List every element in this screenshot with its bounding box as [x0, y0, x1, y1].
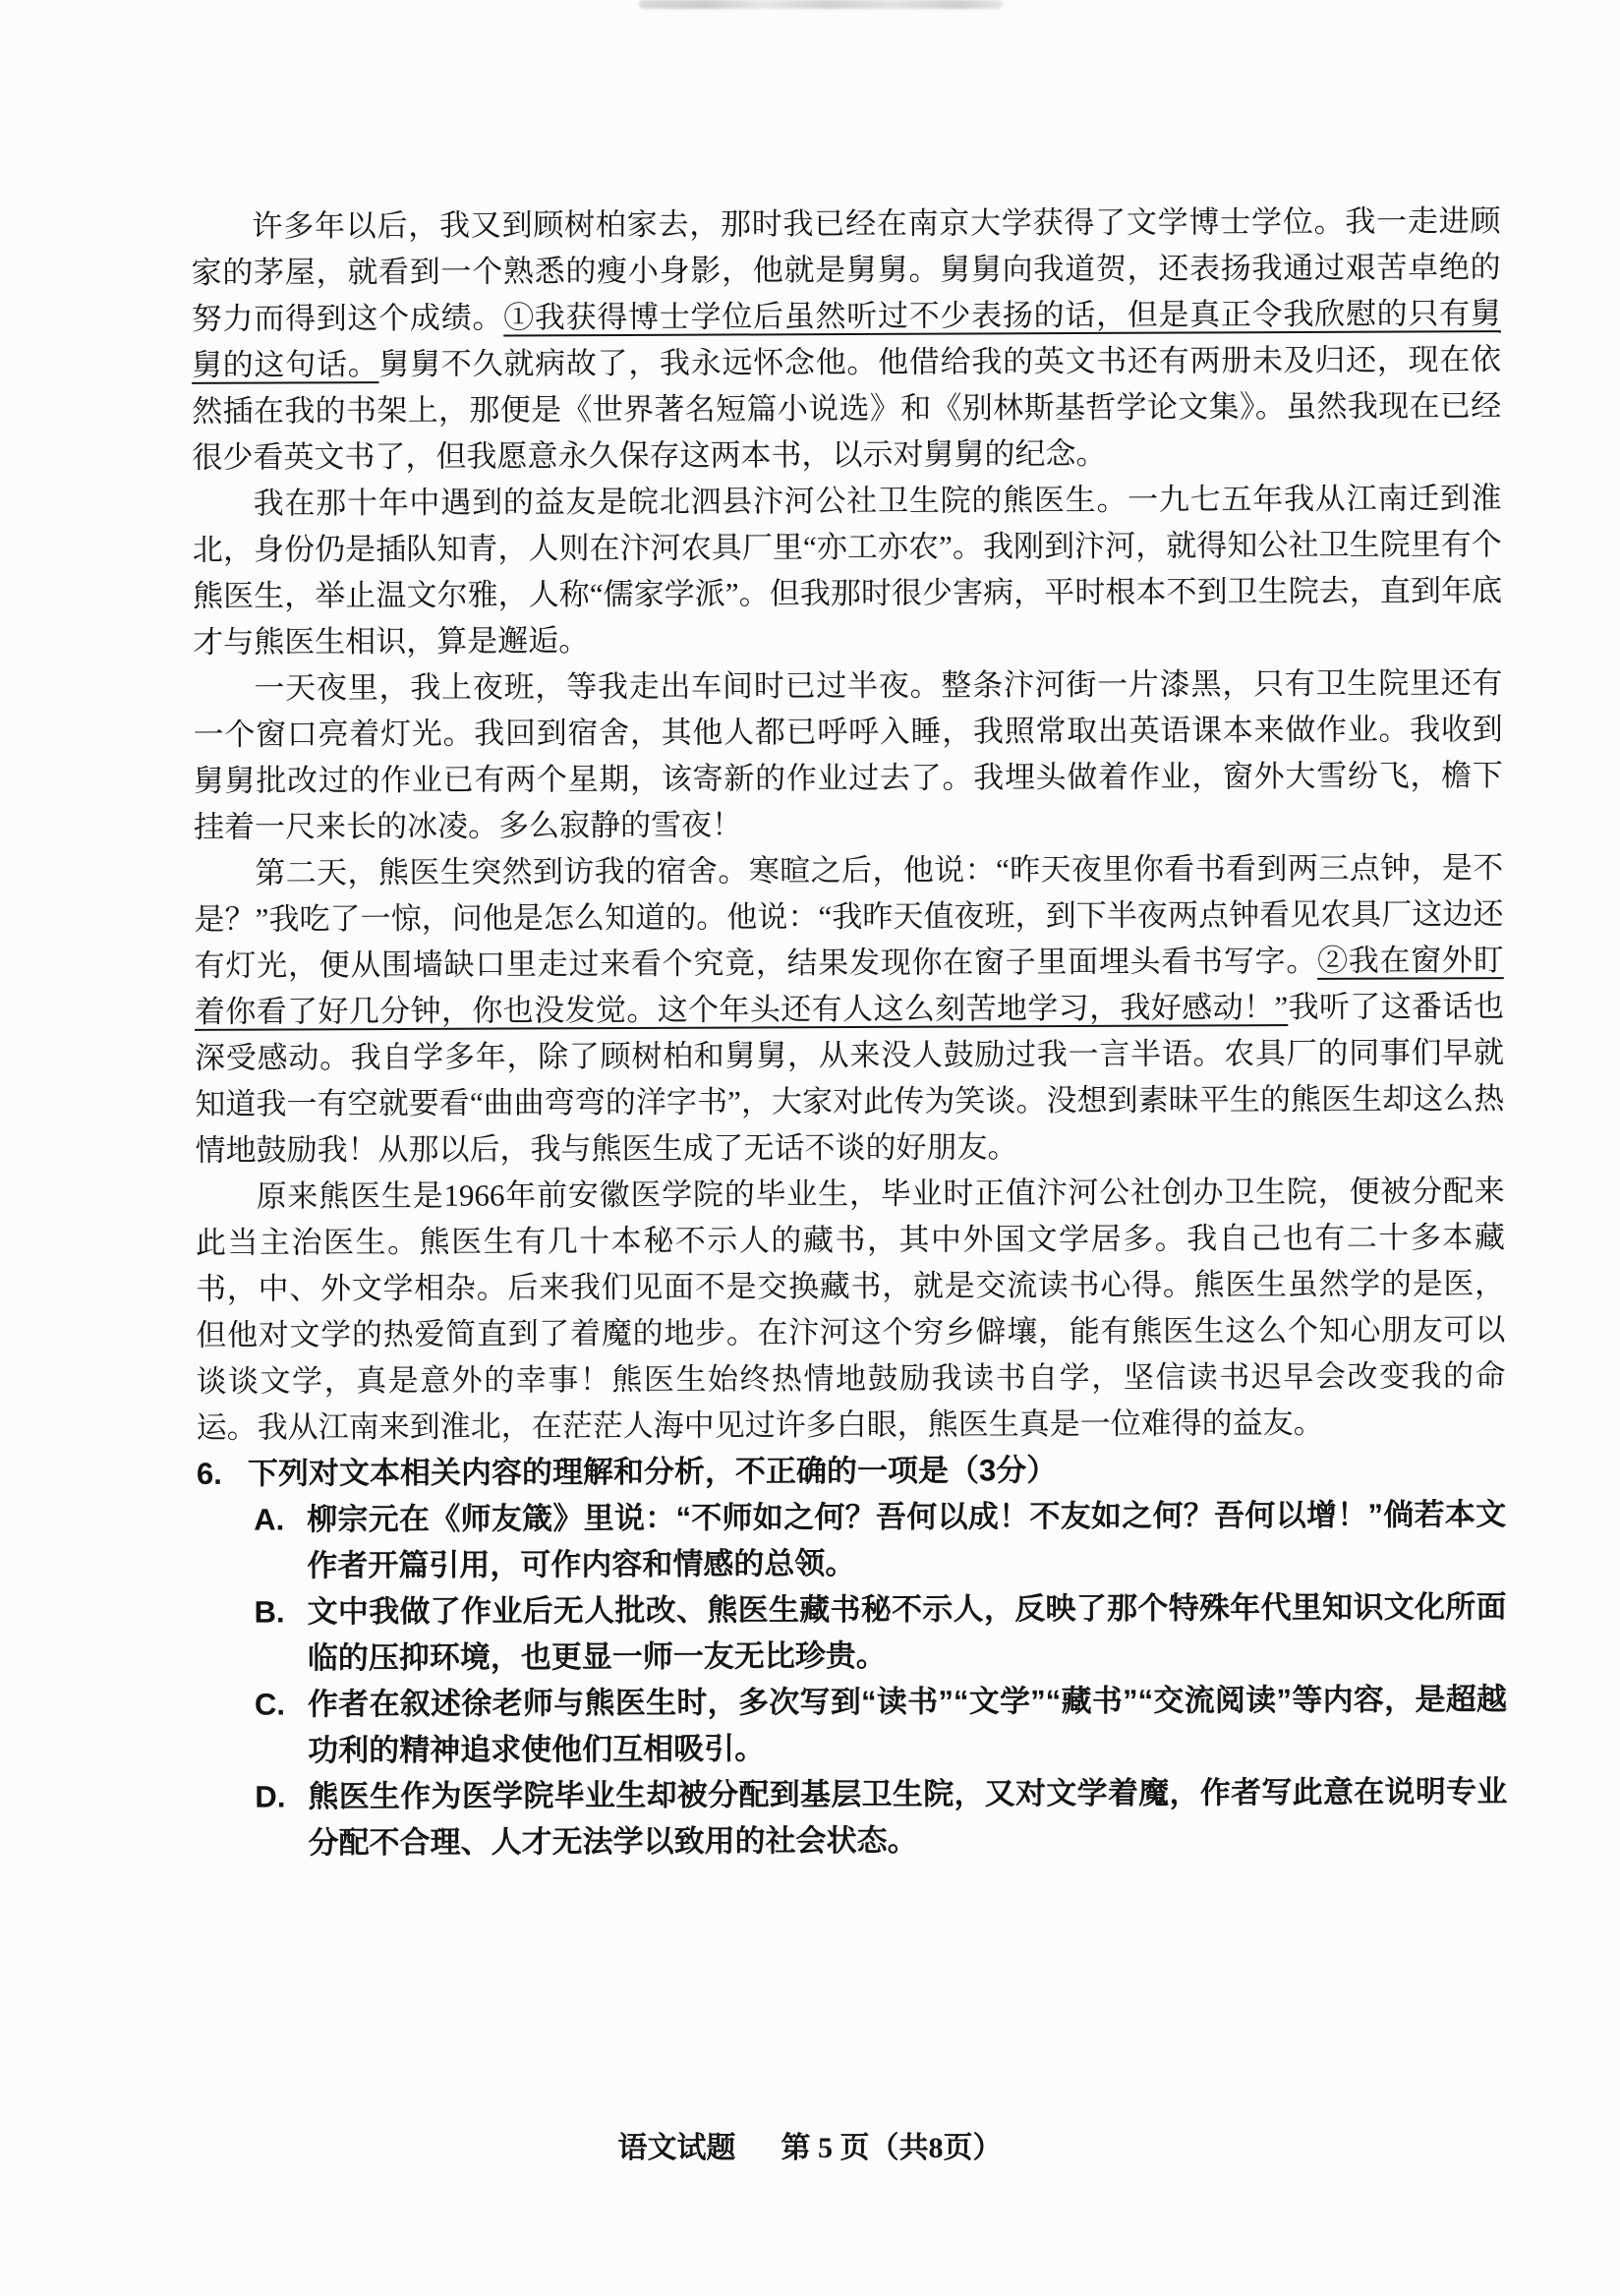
option-letter: A.	[254, 1496, 307, 1542]
option-text: 文中我做了作业后无人批改、熊医生藏书秘不示人，反映了那个特殊年代里知识文化所面临…	[307, 1583, 1506, 1681]
exam-page: 许多年以后，我又到顾树柏家去，那时我已经在南京大学获得了文学博士学位。我一走进顾…	[0, 0, 1620, 2296]
question-stem-row: 6. 下列对文本相关内容的理解和分析，不正确的一项是（3分）	[197, 1445, 1506, 1497]
option-letter: B.	[254, 1588, 307, 1635]
question-stem: 下列对文本相关内容的理解和分析，不正确的一项是（3分）	[248, 1445, 1506, 1497]
question-6: 6. 下列对文本相关内容的理解和分析，不正确的一项是（3分） A.柳宗元在《师友…	[197, 1445, 1508, 1866]
passage-text: 舅舅不久就病故了，我永远怀念他。他借给我的英文书还有两册未及归还，现在依然插在我…	[192, 342, 1501, 475]
passage-text: 原来熊医生是1966年前安徽医学院的毕业生，毕业时正值汴河公社创办卫生院，便被分…	[196, 1174, 1506, 1445]
option-b: B.文中我做了作业后无人批改、熊医生藏书秘不示人，反映了那个特殊年代里知识文化所…	[197, 1583, 1506, 1682]
question-options: A.柳宗元在《师友箴》里说：“不师如之何？吾何以成！不友如之何？吾何以增！”倘若…	[197, 1491, 1508, 1866]
option-text: 熊医生作为医学院毕业生却被分配到基层卫生院，又对文学着魔，作者写此意在说明专业分…	[308, 1768, 1507, 1865]
passage-paragraph: 原来熊医生是1966年前安徽医学院的毕业生，毕业时正值汴河公社创办卫生院，便被分…	[196, 1168, 1506, 1451]
passage-paragraph: 第二天，熊医生突然到访我的宿舍。寒暄之后，他说：“昨天夜里你看书看到两三点钟，是…	[194, 844, 1504, 1174]
footer-page-info: 第 5 页（共8页）	[781, 2123, 1003, 2166]
footer-doc-title: 语文试题	[618, 2123, 736, 2166]
page-content: 许多年以后，我又到顾树柏家去，那时我已经在南京大学获得了文学博士学位。我一走进顾…	[191, 198, 1507, 1866]
passage-paragraph: 我在那十年中遇到的益友是皖北泗县汴河公社卫生院的熊医生。一九七五年我从江南迁到淮…	[193, 475, 1503, 665]
page-footer: 语文试题第 5 页（共8页）	[0, 2123, 1620, 2166]
option-text: 柳宗元在《师友箴》里说：“不师如之何？吾何以成！不友如之何？吾何以增！”倘若本文…	[307, 1491, 1506, 1588]
option-c: C.作者在叙述徐老师与熊医生时，多次写到“读书”“文学”“藏书”“交流阅读”等内…	[198, 1676, 1507, 1774]
scan-smudge-artifact	[639, 0, 1003, 9]
option-a: A.柳宗元在《师友箴》里说：“不师如之何？吾何以成！不友如之何？吾何以增！”倘若…	[197, 1491, 1506, 1589]
reading-passage: 许多年以后，我又到顾树柏家去，那时我已经在南京大学获得了文学博士学位。我一走进顾…	[191, 198, 1506, 1451]
question-number: 6.	[197, 1451, 248, 1497]
passage-text: 一天夜里，我上夜班，等我走出车间时已过半夜。整条汴河街一片漆黑，只有卫生院里还有…	[194, 665, 1503, 844]
option-letter: D.	[255, 1773, 308, 1819]
option-text: 作者在叙述徐老师与熊医生时，多次写到“读书”“文学”“藏书”“交流阅读”等内容，…	[308, 1676, 1507, 1773]
passage-paragraph: 一天夜里，我上夜班，等我走出车间时已过半夜。整条汴河街一片漆黑，只有卫生院里还有…	[193, 660, 1503, 850]
passage-text: 第二天，熊医生突然到访我的宿舍。寒暄之后，他说：“昨天夜里你看书看到两三点钟，是…	[194, 850, 1503, 983]
passage-text: 我在那十年中遇到的益友是皖北泗县汴河公社卫生院的熊医生。一九七五年我从江南迁到淮…	[193, 481, 1502, 660]
passage-paragraph: 许多年以后，我又到顾树柏家去，那时我已经在南京大学获得了文学博士学位。我一走进顾…	[191, 198, 1501, 481]
option-letter: C.	[255, 1681, 308, 1727]
option-d: D.熊医生作为医学院毕业生却被分配到基层卫生院，又对文学着魔，作者写此意在说明专…	[198, 1768, 1507, 1866]
